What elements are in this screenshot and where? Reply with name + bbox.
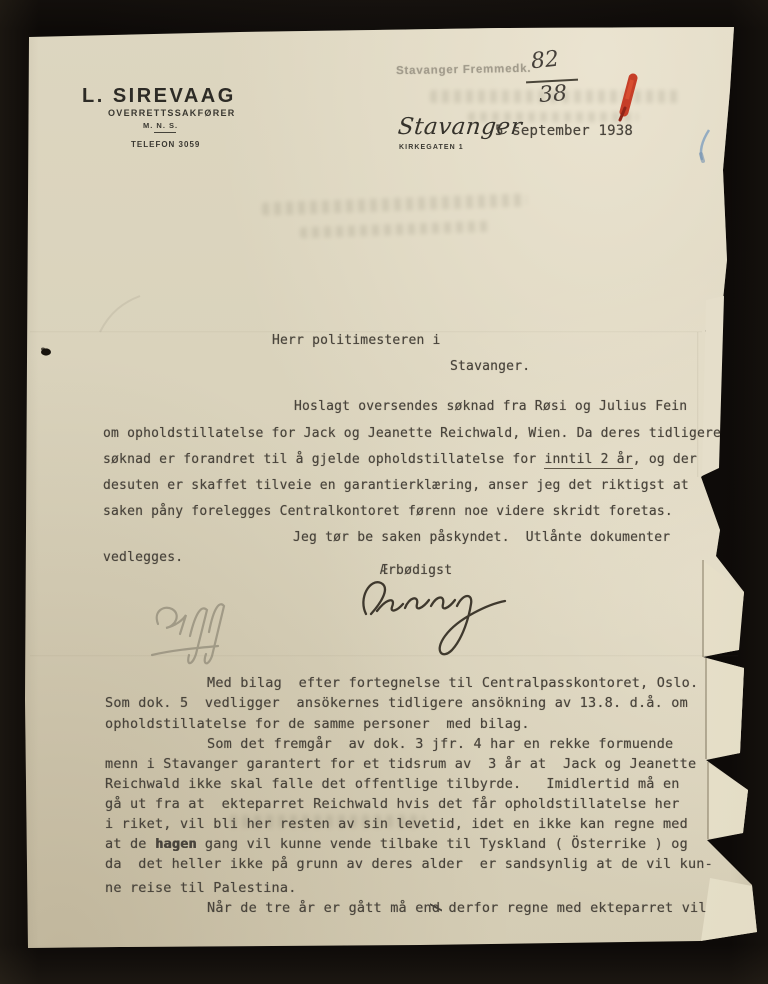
body-line: vedlegges.	[103, 551, 183, 566]
struck-character: d	[432, 901, 440, 917]
stamp-number-bottom: 38	[538, 81, 568, 108]
letterhead-phone: TELEFON 3059	[131, 140, 200, 149]
body-line: om opholdstillatelse for Jack og Jeanett…	[103, 427, 721, 442]
body-text: Når de tre år er gått må en	[207, 900, 432, 916]
overstruck-word: hagen	[155, 836, 197, 852]
postscript-line: Med bilag efter fortegnelse til Centralp…	[207, 676, 698, 692]
closing-salutation: Ærbødigst	[380, 564, 452, 579]
body-text: , og der	[633, 452, 697, 467]
postscript-line: at de hagen gang vil kunne vende tilbake…	[105, 837, 688, 853]
crease-line	[30, 655, 738, 657]
letterhead-name: L. SIREVAAG	[82, 85, 236, 108]
recipient-line: Herr politimesteren i	[272, 334, 441, 349]
letterhead-membership: M. N. S.	[143, 121, 178, 130]
postscript-line: ne reise til Palestina.	[105, 881, 297, 897]
recipient-line: Stavanger.	[450, 360, 530, 375]
postscript-line: menn i Stavanger garantert for et tidsru…	[105, 757, 696, 773]
body-line: desuten er skaffet tilveie en garantierk…	[103, 479, 689, 494]
body-text: søknad er forandret til å gjelde opholds…	[103, 452, 544, 467]
fold-crease	[705, 658, 707, 759]
postscript-line: opholdstillatelse for de samme personer …	[105, 717, 530, 733]
crease-line	[697, 332, 699, 477]
body-line: saken påny forelegges Centralkontoret fø…	[103, 505, 673, 520]
letterhead-title: OVERRETTSSAKFØRER	[108, 108, 236, 118]
scanned-letter: L. SIREVAAG OVERRETTSSAKFØRER M. N. S. T…	[0, 0, 768, 984]
body-text: at de	[105, 836, 155, 852]
fold-crease	[707, 762, 709, 839]
postscript-line: Reichwald ikke skal falle det offentlige…	[105, 777, 680, 793]
postscript-line: da det heller ikke på grunn av deres ald…	[105, 857, 713, 873]
letterhead-divider	[154, 132, 176, 133]
fold-crease	[702, 560, 704, 657]
body-line: søknad er forandret til å gjelde opholds…	[103, 453, 697, 468]
body-text: gang vil kunne vende tilbake til Tysklan…	[197, 836, 688, 852]
postscript-line: Som dok. 5 vedligger ansökernes tidliger…	[105, 696, 688, 712]
postscript-line: i riket, vil bli her resten av sin levet…	[105, 817, 688, 833]
dateline-street: KIRKEGATEN 1	[399, 144, 464, 151]
underlined-phrase: inntil 2 år	[544, 452, 632, 469]
body-line: Jeg tør be saken påskyndet. Utlånte doku…	[293, 531, 670, 546]
registry-stamp-text: Stavanger Fremmedk.	[396, 63, 532, 77]
stamp-number-top: 82	[530, 47, 560, 75]
postscript-line: Som det fremgår av dok. 3 jfr. 4 har en …	[207, 737, 673, 753]
body-line: Hoslagt oversendes søknad fra Røsi og Ju…	[294, 400, 687, 415]
postscript-line: Når de tre år er gått må end derfor regn…	[207, 901, 707, 917]
postscript-line: gå ut fra at ekteparret Reichwald hvis d…	[105, 797, 680, 813]
body-text: derfor regne med ekteparret vil	[440, 900, 707, 916]
dateline-date: 5 september 1938	[495, 123, 633, 139]
